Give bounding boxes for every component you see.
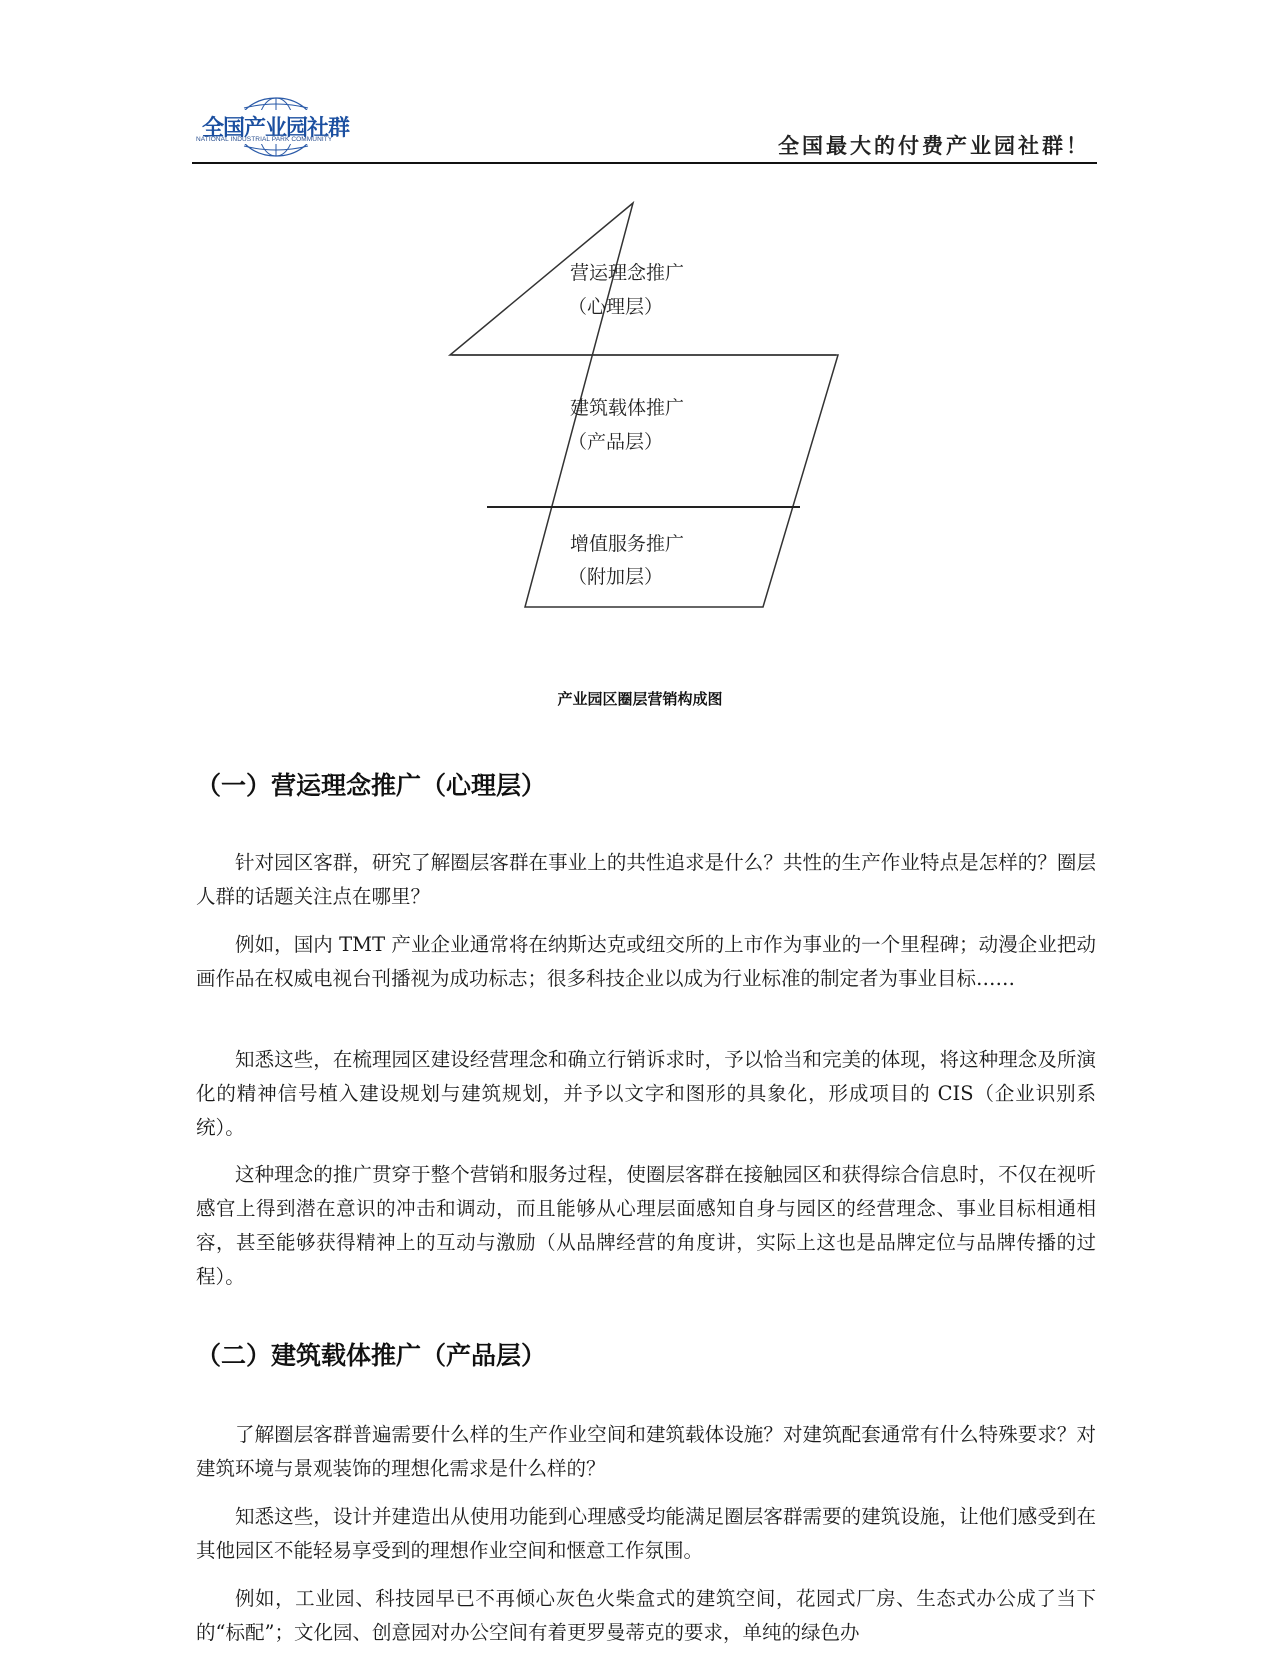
- section-2-paragraph-1: 了解圈层客群普遍需要什么样的生产作业空间和建筑载体设施？对建筑配套通常有什么特殊…: [196, 1418, 1096, 1486]
- figure-caption: 产业园区圈层营销构成图: [0, 688, 1280, 709]
- section-2-paragraph-3: 例如，工业园、科技园早已不再倾心灰色火柴盒式的建筑空间，花园式厂房、生态式办公成…: [196, 1582, 1096, 1650]
- marketing-layers-diagram: 营运理念推广 （心理层） 建筑载体推广 （产品层） 增值服务推广 （附加层）: [430, 190, 850, 620]
- logo: 全国产业园社群 NATIONAL INDUSTRIAL PARK COMMUNI…: [196, 96, 356, 158]
- section-2-paragraph-2: 知悉这些，设计并建造出从使用功能到心理感受均能满足圈层客群需要的建筑设施，让他们…: [196, 1500, 1096, 1568]
- layer-3-title: 增值服务推广: [570, 529, 684, 556]
- section-heading-1: （一）营运理念推广（心理层）: [196, 766, 546, 802]
- section-1-paragraph-1: 针对园区客群，研究了解圈层客群在事业上的共性追求是什么？共性的生产作业特点是怎样…: [196, 846, 1096, 914]
- section-heading-2: （二）建筑载体推广（产品层）: [196, 1336, 546, 1372]
- section-1-paragraph-2: 例如，国内 TMT 产业企业通常将在纳斯达克或纽交所的上市作为事业的一个里程碑；…: [196, 928, 1096, 996]
- section-1-paragraph-3: 知悉这些，在梳理园区建设经营理念和确立行销诉求时，予以恰当和完美的体现，将这种理…: [196, 1043, 1096, 1145]
- layer-1-subtitle: （心理层）: [568, 292, 663, 319]
- layer-2-title: 建筑载体推广: [570, 393, 684, 420]
- header-divider: [192, 162, 1097, 164]
- header-tagline: 全国最大的付费产业园社群！: [778, 130, 1090, 160]
- section-1-paragraph-4: 这种理念的推广贯穿于整个营销和服务过程，使圈层客群在接触园区和获得综合信息时，不…: [196, 1158, 1096, 1294]
- layer-2-subtitle: （产品层）: [568, 427, 663, 454]
- layer-3-subtitle: （附加层）: [568, 562, 663, 589]
- layer-1-title: 营运理念推广: [570, 258, 684, 285]
- logo-name-en: NATIONAL INDUSTRIAL PARK COMMUNITY: [196, 136, 332, 143]
